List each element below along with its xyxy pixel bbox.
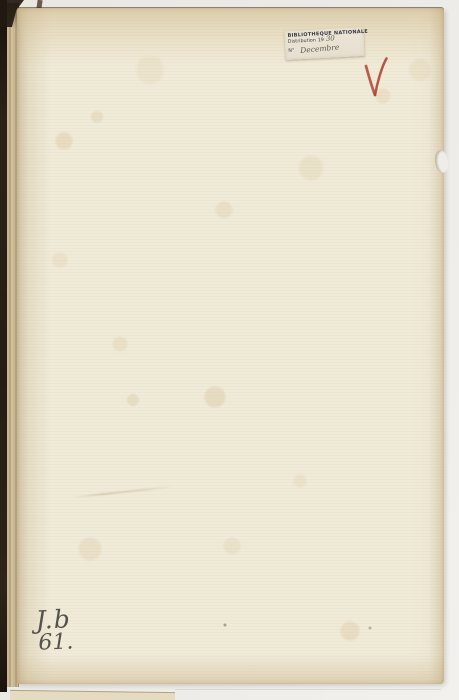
underlying-page-edge (10, 690, 175, 700)
page-edge-notch (433, 149, 449, 174)
stamp-month-handwritten: Decembre (300, 43, 340, 56)
book-page: BIBLIOTHEQUE NATIONALE Distribution 19 3… (17, 8, 444, 684)
stamp-number-label: N° (288, 49, 294, 55)
book-spine-edge (0, 0, 7, 692)
handwritten-shelfmark: J.b 61. (35, 604, 74, 655)
red-checkmark-icon (359, 55, 393, 105)
underlying-page-line (175, 689, 441, 690)
scanned-page-background: BIBLIOTHEQUE NATIONALE Distribution 19 3… (0, 0, 459, 700)
page-crease (72, 486, 174, 499)
shelfmark-number: 61. (38, 629, 74, 655)
library-stamp: BIBLIOTHEQUE NATIONALE Distribution 19 3… (284, 27, 364, 60)
